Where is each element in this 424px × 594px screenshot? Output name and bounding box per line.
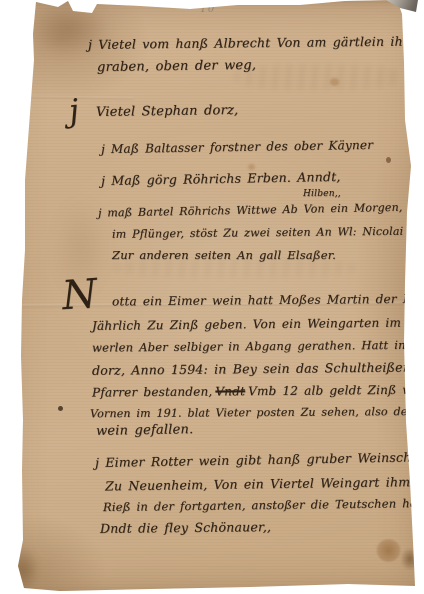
manuscript-line-e2: im Pflünger, stöst Zu zwei seiten An Wl:… <box>112 224 424 241</box>
scanned-manuscript-page: 10 j Vietel vom hanß Albrecht Von am gär… <box>0 0 424 594</box>
line-n5-pre: Pfarrer bestanden, <box>92 385 212 400</box>
interlinear-insertion: Hilben,, <box>303 189 341 199</box>
fox-spot <box>248 164 255 170</box>
manuscript-line-a1: j Vietel vom hanß Albrecht Von am gärtle… <box>88 33 424 52</box>
stain <box>6 546 38 594</box>
paper-sheet: 10 j Vietel vom hanß Albrecht Von am gär… <box>0 0 424 594</box>
manuscript-line-f3: Rieß in der fortgarten, anstoßer die Teu… <box>103 496 424 514</box>
manuscript-line-n7: wein gefallen. <box>96 422 194 439</box>
paper-flaw <box>386 157 391 163</box>
stain <box>401 548 419 570</box>
manuscript-line-n3: werlen Aber selbiger in Abgang gerathen.… <box>92 337 424 354</box>
stain <box>376 539 401 562</box>
line-n5-post: Vmb 12 alb geldt Zinß wie hir <box>248 382 424 398</box>
manuscript-line-f2: Zu Neuenheim, Von ein Viertel Weingart i… <box>105 474 424 494</box>
manuscript-line-n4: dorz, Anno 1594: in Bey sein das Schulth… <box>92 359 424 378</box>
manuscript-line-b: Vietel Stephan dorz, <box>96 103 239 120</box>
manuscript-line-n2: Jährlich Zu Zinß geben. Von ein Weingart… <box>92 315 424 333</box>
manuscript-line-f1: j Eimer Rotter wein gibt hanß gruber Wei… <box>95 449 424 470</box>
page-number: 10 <box>200 4 216 15</box>
manuscript-line-d: j Maß görg Röhrichs Erben. Anndt, <box>101 169 341 188</box>
manuscript-line-n5: Pfarrer bestanden,VndtVmb 12 alb geldt Z… <box>92 382 424 399</box>
crossed-out-word: Vndt <box>215 384 245 398</box>
ink-spot <box>58 406 63 411</box>
crease-line <box>24 95 134 100</box>
swash-initial-N: N <box>60 271 98 319</box>
manuscript-line-e1: j maß Bartel Röhrichs Wittwe Ab Von ein … <box>98 199 424 219</box>
manuscript-line-f4: Dndt die fley Schönauer,, <box>100 519 271 536</box>
manuscript-line-c: j Maß Baltasser forstner des ober Käyner <box>101 138 373 156</box>
ink-bleedthrough <box>235 64 400 90</box>
manuscript-line-a2: graben, oben der weg, <box>97 58 256 75</box>
manuscript-line-n1: otta ein Eimer wein hatt Moßes Martin de… <box>112 292 424 309</box>
manuscript-line-n6: Vornen im 191. blat Vieter posten Zu seh… <box>90 405 424 421</box>
manuscript-line-e3: Zur anderen seiten An gall Elsaßer. <box>112 248 336 262</box>
